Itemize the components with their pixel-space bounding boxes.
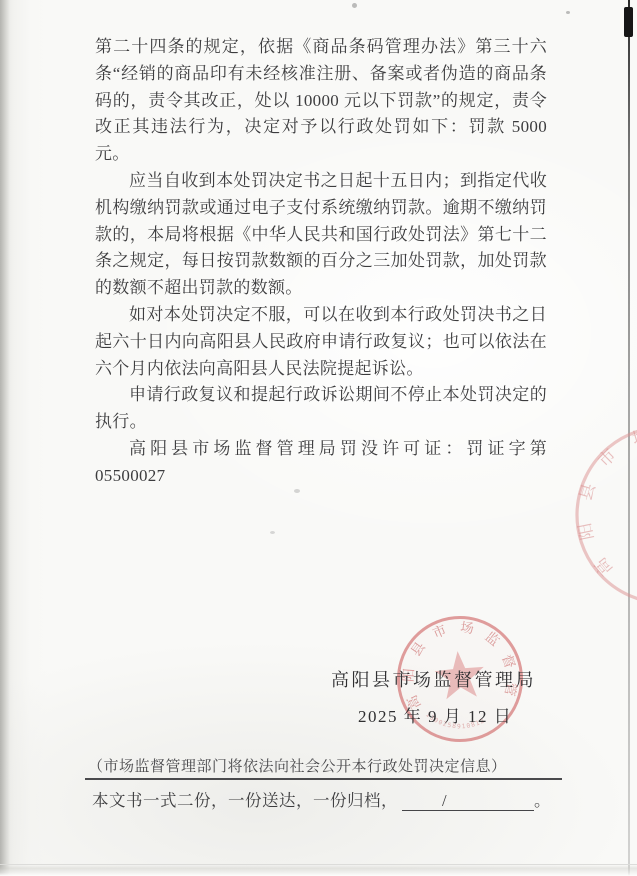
document-body: 第二十四条的规定，依据《商品条码管理办法》第三十六条“经销的商品印有未经核准注册… xyxy=(95,34,547,490)
scan-bottom-edge xyxy=(0,864,637,876)
scan-speck xyxy=(566,11,570,14)
body-paragraph: 申请行政复议和提起行政诉讼期间不停止本处罚决定的执行。 xyxy=(95,382,547,436)
signature-date: 2025 年 9 月 12 日 xyxy=(358,702,512,727)
body-paragraph: 第二十四条的规定，依据《商品条码管理办法》第三十六条“经销的商品印有未经核准注册… xyxy=(95,34,547,168)
disclosure-note: （市场监督管理部门将依法向社会公开本行政处罚决定信息） xyxy=(88,755,558,776)
copies-line: 本文书一式二份，一份送达，一份归档，/。 xyxy=(92,787,572,811)
scan-right-edge-mark xyxy=(624,7,633,37)
scan-left-edge-shadow xyxy=(0,0,10,876)
penalty-license-line: 高阳县市场监督管理局罚没许可证：罚证字第 05500027 xyxy=(95,436,547,490)
closing-mark: 。 xyxy=(534,791,551,810)
footer-separator-line xyxy=(85,778,562,780)
copies-text: 本文书一式二份，一份送达，一份归档， xyxy=(92,791,398,810)
scanned-document-page: 高阳县市场监督管理局 高阳县市场监督管理局 1300258910812 第二十四… xyxy=(0,0,637,876)
scan-speck xyxy=(352,3,357,8)
scan-speck xyxy=(270,531,275,534)
body-paragraph: 如对本处罚决定不服，可以在收到本行政处罚决书之日起六十日内向高阳县人民政府申请行… xyxy=(95,302,547,382)
fill-in-blank: / xyxy=(402,792,534,811)
body-paragraph: 应当自收到本处罚决定书之日起十五日内；到指定代收机构缴纳罚款或通过电子支付系统缴… xyxy=(95,168,547,302)
scan-speck xyxy=(294,489,300,493)
signature-agency-name: 高阳县市场监督管理局 xyxy=(331,666,536,692)
